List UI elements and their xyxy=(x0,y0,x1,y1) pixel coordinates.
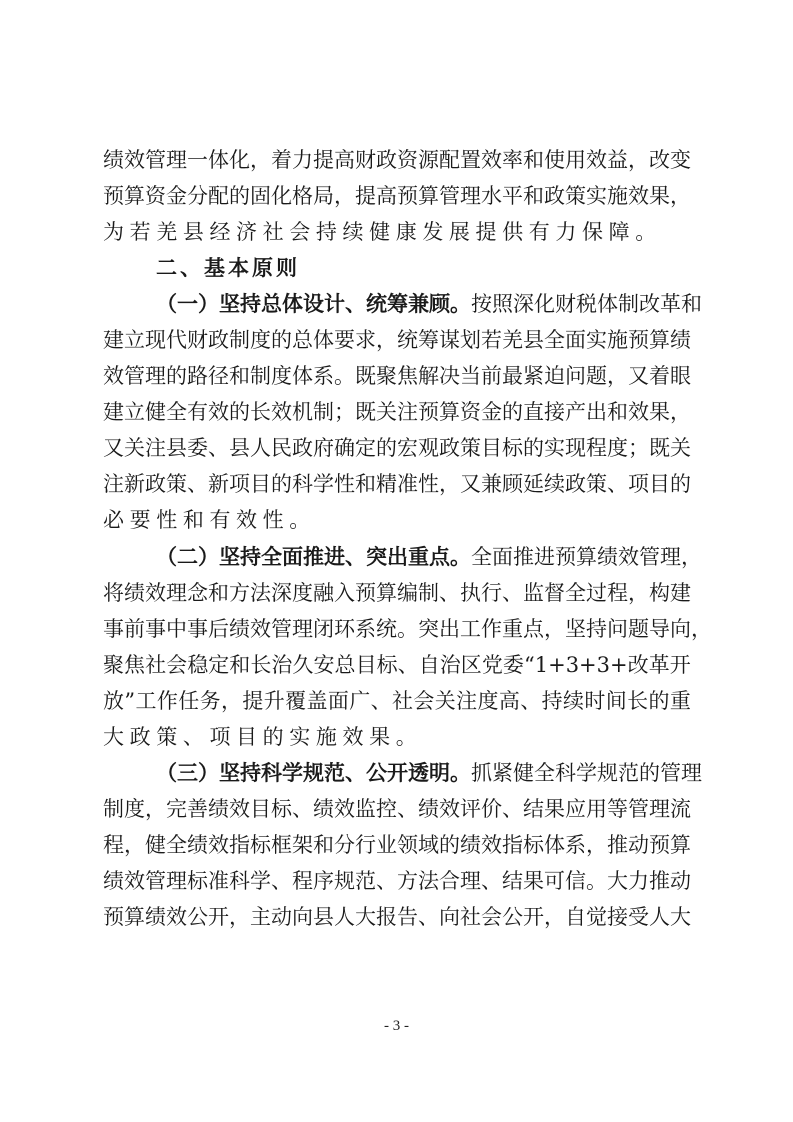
text-glyph: 持 xyxy=(542,683,563,719)
text-glyph: ， xyxy=(376,322,397,358)
text-line: 预算资金分配的固化格局，提高预算管理水平和政策实施效果， xyxy=(103,178,691,214)
text-glyph: 最 xyxy=(502,358,523,394)
text-glyph: 将 xyxy=(103,575,124,611)
text-glyph: 。 xyxy=(450,539,471,575)
text-glyph: 有 xyxy=(529,214,556,250)
text-glyph: 、 xyxy=(345,286,366,322)
text-glyph: 序 xyxy=(313,863,334,899)
text-glyph: 注 xyxy=(103,466,124,502)
text-glyph: 评 xyxy=(460,791,481,827)
text-glyph: 直 xyxy=(523,394,544,430)
text-glyph: 告 xyxy=(397,899,418,935)
text-glyph: 着 xyxy=(649,358,670,394)
text-glyph: 机 xyxy=(292,394,313,430)
text-glyph: 既 xyxy=(355,358,376,394)
text-glyph: 度 xyxy=(271,358,292,394)
text-glyph: 立 xyxy=(124,322,145,358)
text-glyph: 指 xyxy=(229,827,250,863)
text-glyph: 用 xyxy=(586,791,607,827)
text-glyph: 配 xyxy=(439,142,460,178)
text-glyph: 展 xyxy=(449,214,476,250)
text-glyph: 科 xyxy=(555,755,576,791)
text-line: 程，健全绩效指标框架和分行业领域的绩效指标体系，推动预算 xyxy=(103,827,691,863)
text-glyph: 出 xyxy=(586,394,607,430)
text-glyph: 革 xyxy=(649,647,670,683)
text-glyph: 理 xyxy=(649,791,670,827)
text-glyph: 为 xyxy=(103,214,130,250)
text-glyph: 放 xyxy=(103,683,124,719)
text-glyph: ） xyxy=(198,286,219,322)
text-glyph: 中 xyxy=(166,611,187,647)
text-glyph: ” xyxy=(124,683,135,719)
text-glyph: 公 xyxy=(366,755,387,791)
text-glyph: ， xyxy=(691,611,712,647)
text-glyph: 管 xyxy=(639,539,660,575)
text-glyph: 制 xyxy=(250,358,271,394)
text-glyph: 理 xyxy=(460,863,481,899)
text-glyph: 久 xyxy=(292,647,313,683)
text-glyph: 兼 xyxy=(481,466,502,502)
text-glyph: 策 xyxy=(565,178,586,214)
text-glyph: 、 xyxy=(397,791,418,827)
text-glyph: 算 xyxy=(418,178,439,214)
text-glyph: 金 xyxy=(481,394,502,430)
text-glyph: 的 xyxy=(229,178,250,214)
text-glyph: 政 xyxy=(208,322,229,358)
text-glyph: 财 xyxy=(355,142,376,178)
text-glyph: 范 xyxy=(355,863,376,899)
text-glyph: 会 xyxy=(289,214,316,250)
text-glyph: 革 xyxy=(660,286,681,322)
text-glyph: 县 xyxy=(166,430,187,466)
text-glyph: 又 xyxy=(628,358,649,394)
text-glyph: 坚 xyxy=(219,755,240,791)
text-line: 为若羌县经济社会持续健康发展提供有力保障。 xyxy=(103,214,691,250)
text-glyph: 力 xyxy=(292,142,313,178)
text-glyph: 财 xyxy=(187,322,208,358)
text-glyph: 又 xyxy=(103,430,124,466)
text-glyph: 控 xyxy=(376,791,397,827)
text-glyph: 规 xyxy=(597,755,618,791)
text-glyph: 政 xyxy=(565,466,586,502)
text-glyph: （ xyxy=(156,286,177,322)
text-glyph: 开 xyxy=(523,899,544,935)
text-glyph: 程 xyxy=(607,575,628,611)
text-glyph: 。 xyxy=(450,286,471,322)
text-glyph: 公 xyxy=(187,899,208,935)
page-number: - 3 - xyxy=(0,1018,793,1035)
text-glyph: 体 xyxy=(597,286,618,322)
text-glyph: 突 xyxy=(418,611,439,647)
text-glyph: 定 xyxy=(208,647,229,683)
text-glyph: 发 xyxy=(422,214,449,250)
text-glyph: 现 xyxy=(565,430,586,466)
text-glyph: 策 xyxy=(156,719,183,755)
text-glyph: 完 xyxy=(166,791,187,827)
text-glyph: 效 xyxy=(250,611,271,647)
text-glyph: 紧 xyxy=(492,755,513,791)
text-glyph: 入 xyxy=(334,575,355,611)
text-glyph: 体 xyxy=(282,286,303,322)
text-glyph: 健 xyxy=(145,394,166,430)
text-glyph: 策 xyxy=(166,466,187,502)
text-glyph: 治 xyxy=(271,647,292,683)
text-glyph: 党 xyxy=(482,647,503,683)
text-glyph: 立 xyxy=(124,394,145,430)
text-glyph: 。 xyxy=(586,863,607,899)
text-glyph: 算 xyxy=(376,575,397,611)
text-glyph: 体 xyxy=(208,142,229,178)
text-glyph: 方 xyxy=(397,863,418,899)
text-glyph: 等 xyxy=(607,791,628,827)
text-glyph: 政 xyxy=(439,430,460,466)
text-glyph: 政 xyxy=(130,719,157,755)
text-glyph: 制 xyxy=(229,322,250,358)
text-glyph: 面 xyxy=(565,322,586,358)
text-glyph: 念 xyxy=(187,575,208,611)
text-glyph: ， xyxy=(124,827,145,863)
text-glyph: 、 xyxy=(520,683,541,719)
text-glyph: 持 xyxy=(240,755,261,791)
text-glyph: 和 xyxy=(208,575,229,611)
text-glyph: 人 xyxy=(334,899,355,935)
text-glyph: 事 xyxy=(145,611,166,647)
text-glyph: 化 xyxy=(271,178,292,214)
text-glyph: 理 xyxy=(292,611,313,647)
text-glyph: 顾 xyxy=(429,286,450,322)
text-glyph: 理 xyxy=(460,178,481,214)
text-glyph: 解 xyxy=(418,358,439,394)
text-glyph: 定 xyxy=(355,430,376,466)
text-glyph: 管 xyxy=(145,142,166,178)
text-glyph: 康 xyxy=(396,214,423,250)
text-glyph: 坚 xyxy=(565,611,586,647)
section-heading: 二、基本原则 xyxy=(103,250,691,286)
text-glyph: ， xyxy=(221,683,242,719)
text-line: 效管理的路径和制度体系。既聚焦解决当前最紧迫问题，又着眼 xyxy=(103,358,691,394)
text-glyph: 开 xyxy=(208,899,229,935)
text-glyph: 报 xyxy=(376,899,397,935)
text-glyph: 规 xyxy=(334,863,355,899)
text-glyph: 观 xyxy=(418,430,439,466)
text-glyph: 效 xyxy=(334,791,355,827)
text-glyph: 既 xyxy=(355,394,376,430)
text-glyph: 现 xyxy=(145,322,166,358)
text-glyph: 和 xyxy=(183,502,210,538)
text-glyph: 范 xyxy=(618,755,639,791)
text-glyph: 理 xyxy=(166,142,187,178)
text-glyph: 精 xyxy=(376,466,397,502)
text-glyph: 统 xyxy=(397,322,418,358)
text-glyph: 开 xyxy=(387,755,408,791)
text-glyph: 社 xyxy=(392,683,413,719)
text-glyph: 的 xyxy=(229,394,250,430)
text-glyph: 行 xyxy=(481,575,502,611)
text-glyph: 标 xyxy=(271,791,292,827)
text-glyph: 民 xyxy=(271,430,292,466)
text-glyph: 使 xyxy=(544,142,565,178)
text-glyph: 透 xyxy=(408,755,429,791)
text-glyph: 健 xyxy=(145,827,166,863)
text-glyph: 向 xyxy=(439,899,460,935)
text-glyph: 和 xyxy=(229,647,250,683)
text-glyph: 健 xyxy=(369,214,396,250)
text-glyph: 又 xyxy=(460,466,481,502)
text-glyph: 的 xyxy=(263,719,290,755)
text-glyph: 改 xyxy=(649,142,670,178)
text-glyph: 工 xyxy=(136,683,157,719)
text-glyph: 项 xyxy=(209,719,236,755)
text-glyph: 。 xyxy=(635,214,662,250)
text-glyph: 延 xyxy=(523,466,544,502)
text-glyph: 提 xyxy=(355,178,376,214)
text-glyph: 关 xyxy=(376,394,397,430)
text-glyph: 高 xyxy=(334,142,355,178)
text-glyph: 题 xyxy=(628,611,649,647)
text-glyph: 长 xyxy=(250,394,271,430)
text-glyph: 长 xyxy=(627,683,648,719)
text-glyph: 效 xyxy=(618,539,639,575)
text-glyph: ， xyxy=(586,827,607,863)
text-glyph: ， xyxy=(681,539,702,575)
text-glyph: 总 xyxy=(292,322,313,358)
text-glyph: 点 xyxy=(523,611,544,647)
text-glyph: 导 xyxy=(649,611,670,647)
text-glyph: 关 xyxy=(124,430,145,466)
text-glyph: 重 xyxy=(408,539,429,575)
text-glyph: 人 xyxy=(250,430,271,466)
text-glyph: 督 xyxy=(544,575,565,611)
text-glyph: 管 xyxy=(628,791,649,827)
text-glyph: 绩 xyxy=(460,827,481,863)
text-glyph: 覆 xyxy=(285,683,306,719)
text-glyph: 效 xyxy=(481,142,502,178)
text-glyph: 实 xyxy=(544,430,565,466)
text-glyph: 政 xyxy=(544,178,565,214)
text-glyph: 监 xyxy=(523,575,544,611)
text-glyph: ， xyxy=(628,575,649,611)
text-glyph: 、 xyxy=(183,719,210,755)
text-glyph: 持 xyxy=(316,214,343,250)
text-glyph: 社 xyxy=(145,647,166,683)
paragraph-first-line: （三）坚持科学规范、公开透明。抓紧健全科学规范的管理 xyxy=(103,755,691,791)
text-glyph: 体 xyxy=(544,827,565,863)
text-glyph: 信 xyxy=(565,863,586,899)
text-glyph: 大 xyxy=(607,863,628,899)
text-glyph: 率 xyxy=(502,142,523,178)
text-glyph: 注 xyxy=(145,430,166,466)
text-glyph: 预 xyxy=(103,899,124,935)
text-glyph: 效 xyxy=(271,394,292,430)
text-glyph: 、 xyxy=(187,466,208,502)
text-glyph: 架 xyxy=(292,827,313,863)
text-glyph: 预 xyxy=(555,539,576,575)
text-glyph: 管 xyxy=(271,611,292,647)
text-glyph: 面 xyxy=(492,539,513,575)
text-glyph: ； xyxy=(334,394,355,430)
text-glyph: 体 xyxy=(313,322,334,358)
text-glyph: 领 xyxy=(397,827,418,863)
text-glyph: 按 xyxy=(471,286,492,322)
text-glyph: 宏 xyxy=(397,430,418,466)
text-glyph: 、 xyxy=(376,863,397,899)
text-glyph: 科 xyxy=(229,863,250,899)
text-glyph: 全 xyxy=(544,322,565,358)
text-glyph: 和 xyxy=(607,394,628,430)
text-glyph: 筹 xyxy=(387,286,408,322)
text-glyph: 注 xyxy=(456,683,477,719)
text-glyph: 推 xyxy=(649,863,670,899)
text-glyph: 出 xyxy=(387,539,408,575)
text-glyph: 任 xyxy=(178,683,199,719)
text-glyph: 、 xyxy=(502,575,523,611)
text-glyph: 管 xyxy=(145,863,166,899)
text-glyph: 标 xyxy=(377,647,398,683)
text-glyph: ， xyxy=(544,611,565,647)
text-glyph: 事 xyxy=(103,611,124,647)
text-glyph: 的 xyxy=(376,430,397,466)
text-glyph: 全 xyxy=(565,575,586,611)
text-glyph: ， xyxy=(334,178,355,214)
text-glyph: 会 xyxy=(166,647,187,683)
text-glyph: 公 xyxy=(502,899,523,935)
text-glyph: 标 xyxy=(523,827,544,863)
text-glyph: ， xyxy=(670,394,691,430)
text-glyph: 结 xyxy=(523,791,544,827)
text-glyph: 推 xyxy=(303,539,324,575)
text-glyph: 制 xyxy=(618,286,639,322)
text-glyph: 接 xyxy=(544,394,565,430)
text-glyph: 县 xyxy=(229,430,250,466)
text-glyph: 主 xyxy=(250,899,271,935)
text-glyph: 会 xyxy=(481,899,502,935)
text-glyph: 的 xyxy=(502,394,523,430)
text-glyph: 资 xyxy=(397,142,418,178)
text-glyph: 准 xyxy=(208,863,229,899)
text-glyph: 管 xyxy=(439,178,460,214)
text-glyph: 建 xyxy=(103,394,124,430)
text-glyph: 本 xyxy=(228,250,252,286)
text-line: 将绩效理念和方法深度融入预算编制、执行、监督全过程，构建 xyxy=(103,575,691,611)
text-glyph: 设 xyxy=(303,286,324,322)
text-glyph: 。 xyxy=(334,358,355,394)
text-glyph: 标 xyxy=(250,827,271,863)
text-glyph: 的 xyxy=(439,827,460,863)
text-glyph: 、 xyxy=(481,863,502,899)
text-glyph: 、 xyxy=(345,539,366,575)
text-glyph: 学 xyxy=(576,755,597,791)
text-glyph: 统 xyxy=(366,286,387,322)
text-glyph: 效 xyxy=(342,719,369,755)
text-glyph: 兼 xyxy=(408,286,429,322)
text-glyph: 着 xyxy=(271,142,292,178)
text-glyph: 工 xyxy=(460,611,481,647)
text-glyph: 明 xyxy=(429,755,450,791)
text-glyph: （ xyxy=(156,755,177,791)
text-glyph: 全 xyxy=(166,394,187,430)
text-glyph: 算 xyxy=(670,827,691,863)
text-glyph: 体 xyxy=(292,358,313,394)
text-glyph: 效 xyxy=(628,178,649,214)
text-glyph: 目 xyxy=(649,466,670,502)
text-glyph: 果 xyxy=(649,394,670,430)
text-glyph: 编 xyxy=(397,575,418,611)
text-glyph: 、 xyxy=(607,466,628,502)
text-glyph: （ xyxy=(156,539,177,575)
text-glyph: 持 xyxy=(240,539,261,575)
text-glyph: 受 xyxy=(628,899,649,935)
text-glyph: 代 xyxy=(166,322,187,358)
text-glyph: 、 xyxy=(398,647,419,683)
text-glyph: 改 xyxy=(628,647,649,683)
text-glyph: 抓 xyxy=(471,755,492,791)
text-glyph: 出 xyxy=(439,611,460,647)
text-glyph: 提 xyxy=(476,214,503,250)
text-glyph: 效 xyxy=(208,394,229,430)
text-glyph: 关 xyxy=(670,430,691,466)
text-glyph: 事 xyxy=(187,611,208,647)
text-glyph: 聚 xyxy=(103,647,124,683)
text-glyph: 目 xyxy=(356,647,377,683)
text-glyph: 绩 xyxy=(187,827,208,863)
text-glyph: 施 xyxy=(316,719,343,755)
text-glyph: 。 xyxy=(450,755,471,791)
text-glyph: 深 xyxy=(513,286,534,322)
text-glyph: 径 xyxy=(208,358,229,394)
text-glyph: 建 xyxy=(103,322,124,358)
text-glyph: 制 xyxy=(418,575,439,611)
text-glyph: 度 xyxy=(478,683,499,719)
text-glyph: 化 xyxy=(534,286,555,322)
text-glyph: 果 xyxy=(369,719,396,755)
text-glyph: 广 xyxy=(349,683,370,719)
text-glyph: 进 xyxy=(534,539,555,575)
text-glyph: 理 xyxy=(681,755,702,791)
text-glyph: 目 xyxy=(236,719,263,755)
text-glyph: 府 xyxy=(313,430,334,466)
text-glyph: 开 xyxy=(670,647,691,683)
text-glyph: 策 xyxy=(460,430,481,466)
text-glyph: 产 xyxy=(565,394,586,430)
text-glyph: 算 xyxy=(439,394,460,430)
text-glyph: 长 xyxy=(250,647,271,683)
text-glyph: 施 xyxy=(607,322,628,358)
text-glyph: 深 xyxy=(271,575,292,611)
text-glyph: 效 xyxy=(124,863,145,899)
text-glyph: 前 xyxy=(124,611,145,647)
text-glyph: 障 xyxy=(609,214,636,250)
text-glyph: 理 xyxy=(145,358,166,394)
text-glyph: 则 xyxy=(276,250,300,286)
text-glyph: ， xyxy=(544,899,565,935)
text-glyph: 社 xyxy=(263,214,290,250)
text-glyph: 。 xyxy=(289,502,316,538)
text-glyph: 治 xyxy=(440,647,461,683)
text-glyph: ） xyxy=(198,539,219,575)
document-page: 绩效管理一体化，着力提高财政资源配置效率和使用效益，改变 预算资金分配的固化格局… xyxy=(0,0,793,1122)
text-glyph: 置 xyxy=(460,142,481,178)
text-glyph: 焦 xyxy=(124,647,145,683)
text-glyph: 务 xyxy=(200,683,221,719)
text-glyph: 政 xyxy=(376,142,397,178)
text-glyph: 合 xyxy=(439,863,460,899)
text-glyph: 策 xyxy=(586,466,607,502)
text-glyph: 项 xyxy=(628,466,649,502)
text-glyph: 安 xyxy=(313,647,334,683)
text-glyph: 效 xyxy=(166,899,187,935)
text-glyph: 有 xyxy=(209,502,236,538)
text-glyph: 效 xyxy=(481,827,502,863)
